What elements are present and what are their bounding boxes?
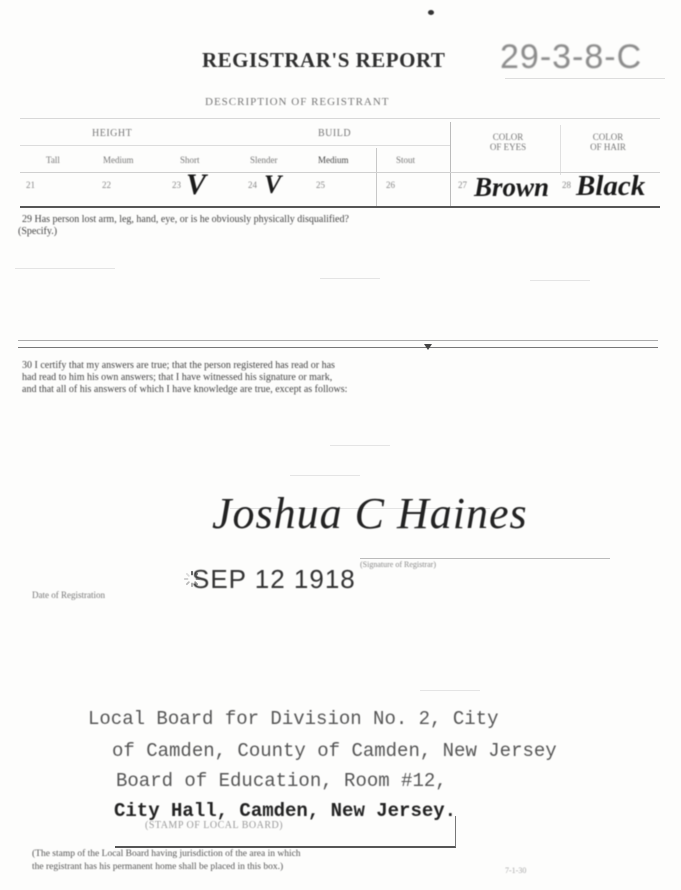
registrar-signature: Joshua C Haines bbox=[212, 488, 528, 539]
registration-date-stamp: SEP 12 1918 bbox=[192, 564, 356, 595]
short-checkmark: V bbox=[186, 168, 206, 202]
answer-line bbox=[290, 475, 360, 476]
field-number-24: 24 bbox=[248, 180, 257, 190]
field-number-25: 25 bbox=[316, 180, 325, 190]
signature-label: (Signature of Registrar) bbox=[360, 560, 436, 569]
column-label-short: Short bbox=[180, 155, 200, 165]
rule-marker-icon bbox=[424, 344, 432, 350]
question-30: 30 I certify that my answers are true; t… bbox=[22, 360, 662, 396]
signature-line bbox=[360, 558, 610, 559]
header-rule bbox=[20, 172, 660, 173]
column-label-slender: Slender bbox=[250, 155, 278, 165]
question-30-line-3: and that all of his answers of which I h… bbox=[22, 384, 662, 396]
table-bottom-rule bbox=[20, 206, 660, 208]
date-of-registration-label: Date of Registration bbox=[32, 590, 105, 600]
busy-cursor-icon bbox=[183, 570, 201, 588]
stamp-footnote: (The stamp of the Local Board having jur… bbox=[32, 848, 472, 874]
column-label-height-medium: Medium bbox=[103, 155, 134, 165]
section-subtitle: DESCRIPTION OF REGISTRANT bbox=[205, 96, 390, 108]
field-number-21: 21 bbox=[26, 180, 35, 190]
stamp-box-label: (STAMP OF LOCAL BOARD) bbox=[145, 820, 283, 831]
question-30-line-2: had read to him his own answers; that I … bbox=[22, 372, 662, 384]
field-number-22: 22 bbox=[102, 180, 111, 190]
local-board-stamp-line-2: of Camden, County of Camden, New Jersey bbox=[112, 740, 557, 762]
field-number-27: 27 bbox=[458, 180, 467, 190]
column-label-build-medium: Medium bbox=[318, 155, 349, 165]
column-divider bbox=[560, 125, 561, 175]
margin-mark bbox=[420, 690, 480, 691]
punch-mark bbox=[428, 10, 434, 15]
local-board-stamp-line-1: Local Board for Division No. 2, City bbox=[88, 708, 498, 730]
answer-line bbox=[530, 280, 590, 281]
eyes-label-line1: COLOR bbox=[478, 132, 538, 142]
hair-label-line1: COLOR bbox=[578, 132, 638, 142]
answer-line bbox=[320, 278, 380, 279]
hair-label: COLOR OF HAIR bbox=[578, 132, 638, 152]
field-number-23: 23 bbox=[172, 180, 181, 190]
registrars-report-document: REGISTRAR'S REPORT 29-3-8-C DESCRIPTION … bbox=[0, 0, 681, 890]
question-30-line-1: 30 I certify that my answers are true; t… bbox=[22, 360, 662, 372]
local-board-stamp-line-3: Board of Education, Room #12, bbox=[116, 770, 447, 792]
section-rule bbox=[18, 340, 658, 341]
column-label-tall: Tall bbox=[46, 155, 60, 165]
serial-number: 29-3-8-C bbox=[500, 38, 642, 77]
footnote-line-2: the registrant has his permanent home sh… bbox=[32, 861, 472, 874]
document-title: REGISTRAR'S REPORT bbox=[202, 48, 445, 73]
table-top-rule bbox=[20, 118, 660, 119]
slender-checkmark: V bbox=[264, 170, 281, 200]
footnote-line-1: (The stamp of the Local Board having jur… bbox=[32, 848, 472, 861]
group-rule bbox=[20, 145, 450, 146]
section-rule bbox=[18, 347, 658, 348]
eyes-label: COLOR OF EYES bbox=[478, 132, 538, 152]
margin-mark-text: 7-1-30 bbox=[505, 866, 526, 875]
question-29: 29 Has person lost arm, leg, hand, eye, … bbox=[22, 214, 662, 226]
field-number-26: 26 bbox=[386, 180, 395, 190]
answer-line bbox=[330, 445, 390, 446]
column-divider bbox=[450, 122, 451, 208]
column-divider bbox=[376, 148, 377, 206]
build-group-label: BUILD bbox=[318, 128, 351, 139]
serial-underline bbox=[505, 78, 665, 79]
height-group-label: HEIGHT bbox=[92, 128, 132, 139]
eyes-label-line2: OF EYES bbox=[478, 142, 538, 152]
field-number-28: 28 bbox=[562, 180, 571, 190]
answer-line bbox=[15, 268, 115, 269]
eye-color-value: Brown bbox=[474, 172, 549, 203]
question-29-specify: (Specify.) bbox=[18, 226, 57, 238]
hair-label-line2: OF HAIR bbox=[578, 142, 638, 152]
hair-color-value: Black bbox=[576, 170, 645, 203]
column-label-stout: Stout bbox=[396, 155, 415, 165]
